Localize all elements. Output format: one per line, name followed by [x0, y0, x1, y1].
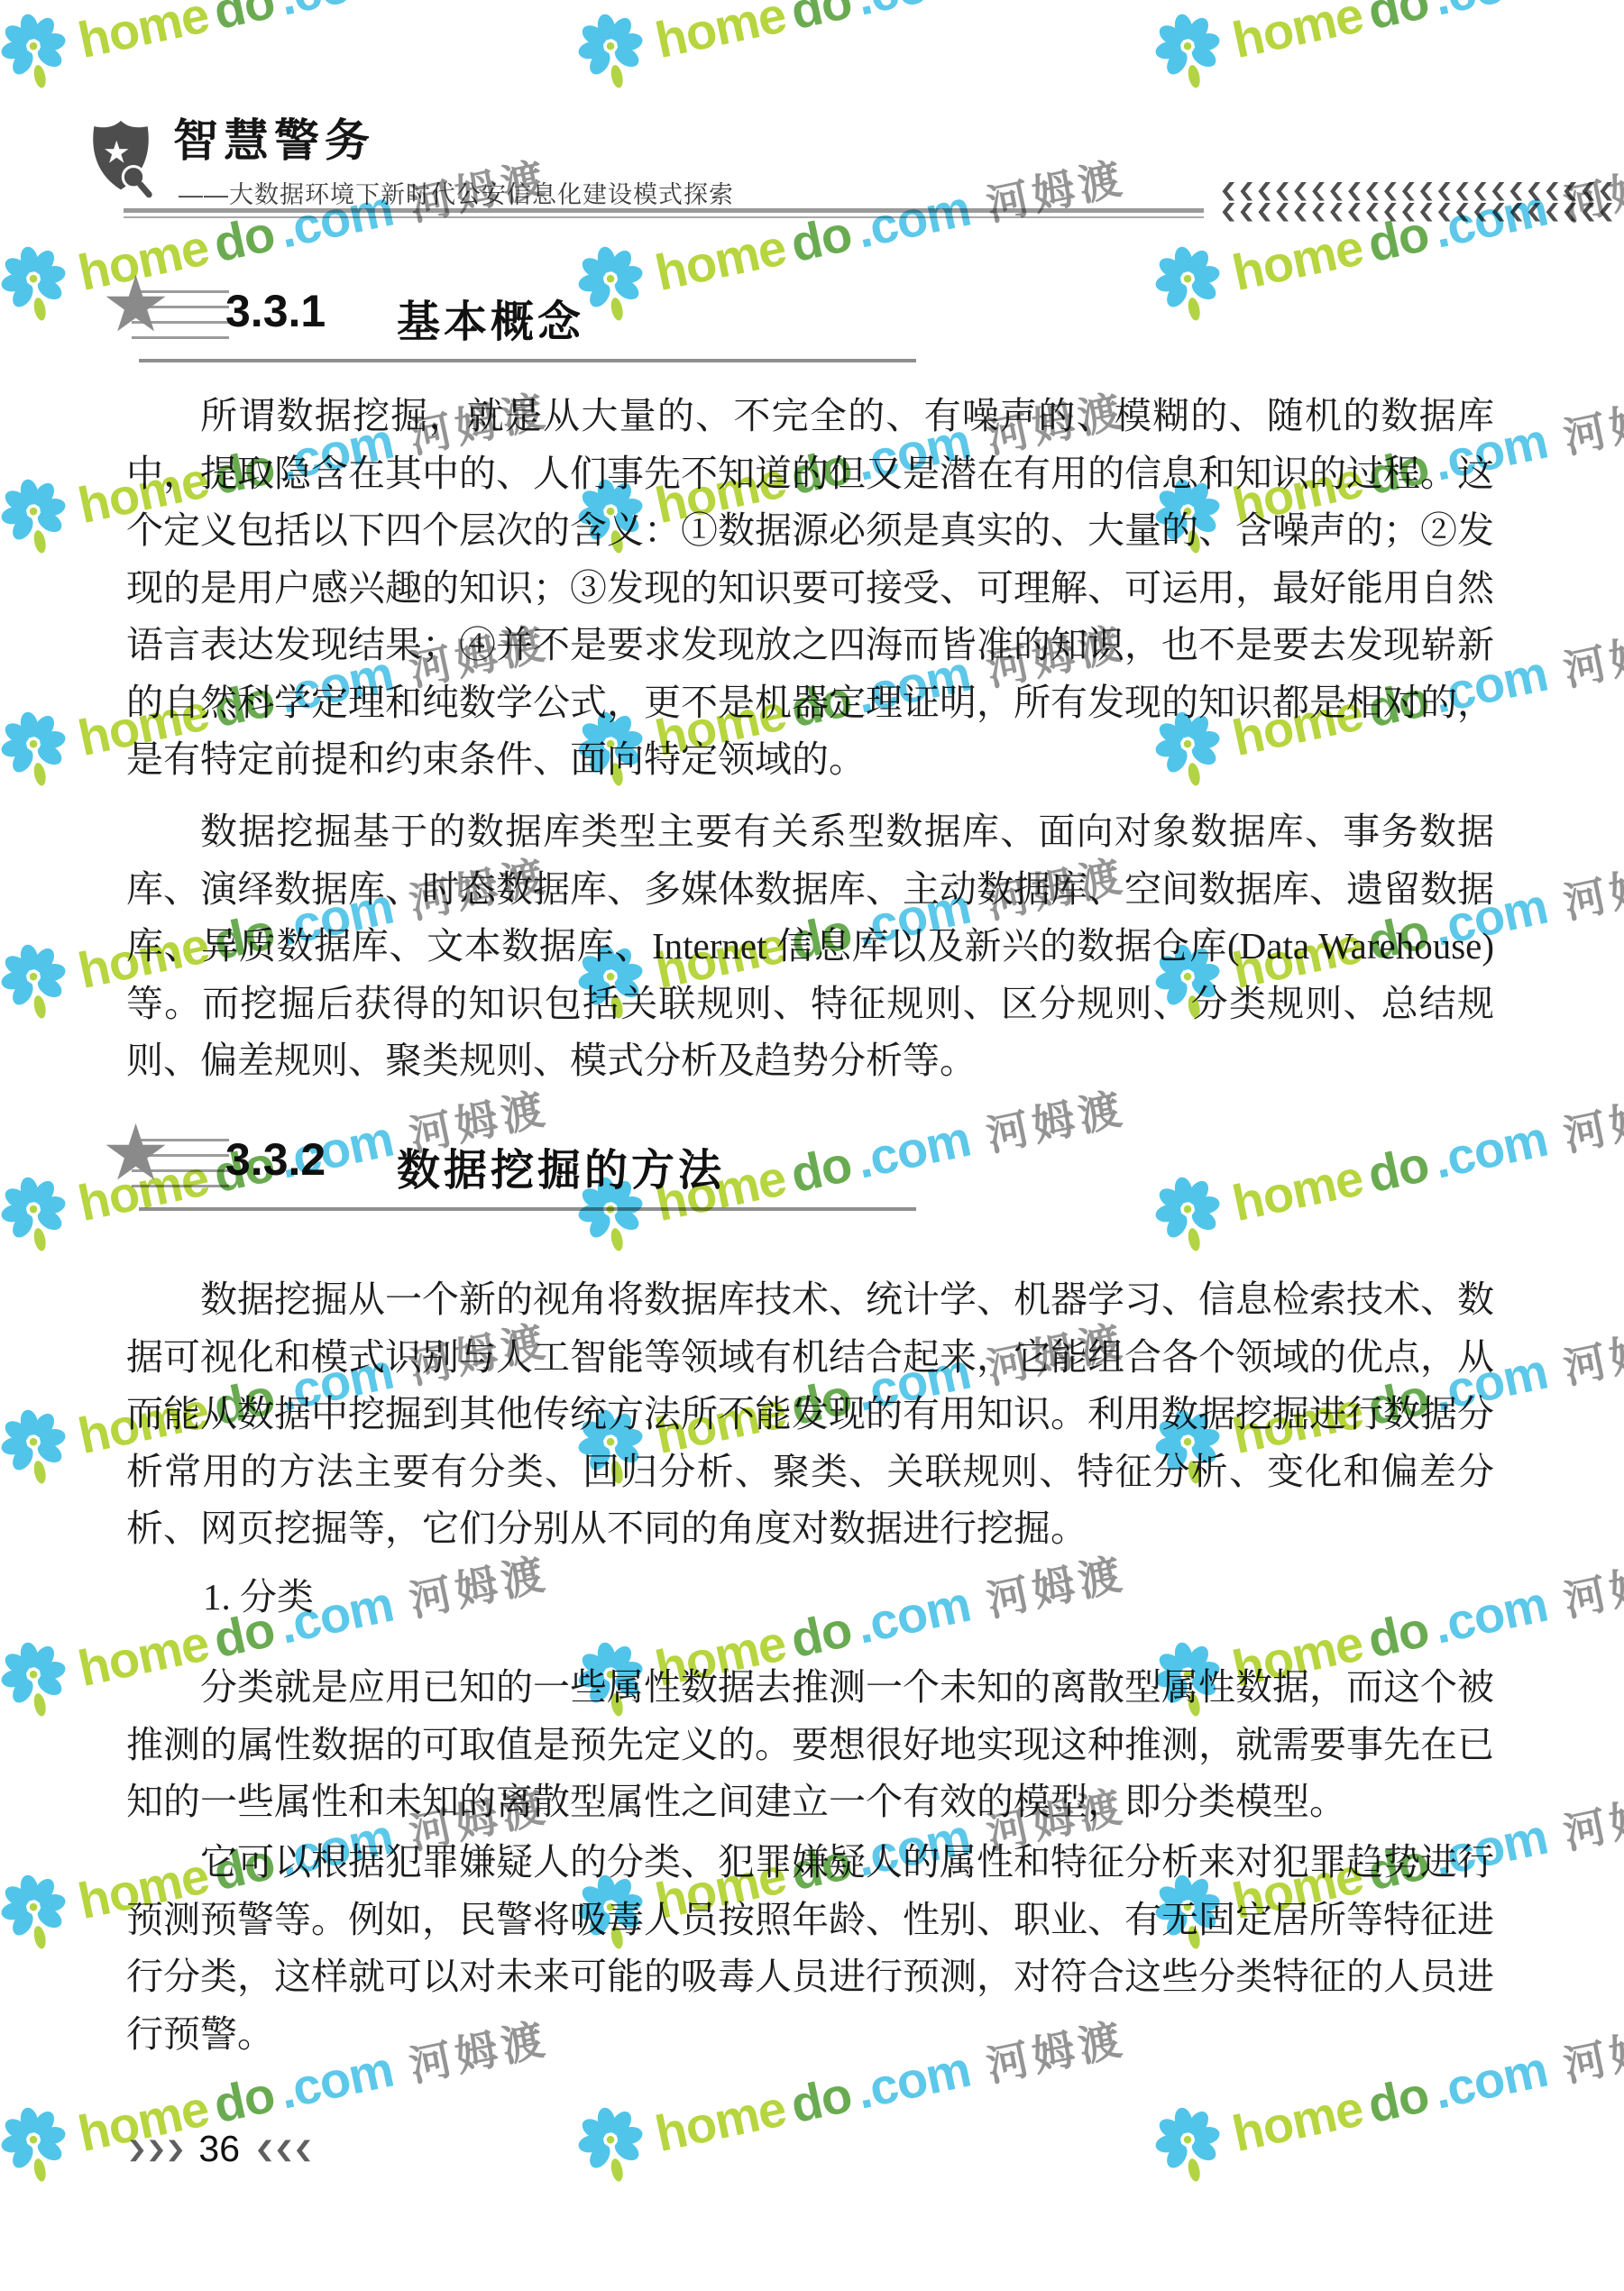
page-footer: ❯❯❯ 36 ❮❮❮	[126, 2128, 312, 2170]
series-title: 智慧警务	[173, 105, 375, 170]
svg-text:★: ★	[103, 135, 131, 171]
series-subtitle: ——大数据环境下新时代公安信息化建设模式探索	[179, 175, 734, 210]
header-chevrons-icon: ❮❮❮❮❮❮❮❮❮❮❮❮❮❮❮❮❮❮❮❮❮❮	[1219, 179, 1615, 201]
heading-number: 3.3.2	[225, 1133, 326, 1186]
star-icon: ★	[101, 1108, 170, 1198]
star-icon: ★	[101, 260, 170, 350]
footer-left-arrows-icon: ❯❯❯	[126, 2136, 184, 2161]
paragraph: 所谓数据挖掘，就是从大量的、不完全的、有噪声的、模糊的、随机的数据库中，提取隐含…	[126, 388, 1494, 789]
header-rule	[124, 208, 1204, 213]
header-rule-thin	[124, 216, 1204, 218]
heading-underline	[139, 359, 916, 362]
page-content: ★ 智慧警务 ——大数据环境下新时代公安信息化建设模式探索 ❮❮❮❮❮❮❮❮❮❮…	[0, 0, 1624, 2291]
heading-title: 数据挖掘的方法	[397, 1135, 725, 1197]
paragraph: 分类就是应用已知的一些属性数据去推测一个未知的离散型属性数据，而这个被推测的属性…	[126, 1659, 1494, 1831]
paragraph: 数据挖掘从一个新的视角将数据库技术、统计学、机器学习、信息检索技术、数据可视化和…	[126, 1271, 1494, 1558]
footer-right-arrows-icon: ❮❮❮	[254, 2136, 312, 2161]
scanned-book-page: ★ 智慧警务 ——大数据环境下新时代公安信息化建设模式探索 ❮❮❮❮❮❮❮❮❮❮…	[0, 0, 1624, 2291]
police-badge-logo-icon: ★	[86, 114, 156, 204]
subsection-label: 1. 分类	[203, 1567, 314, 1620]
heading-title: 基本概念	[397, 287, 584, 349]
footer-page-number: 36	[198, 2128, 240, 2170]
heading-number: 3.3.1	[225, 285, 326, 337]
section-heading-3-3-1: ★ 3.3.1 基本概念	[106, 272, 954, 362]
section-heading-3-3-2: ★ 3.3.2 数据挖掘的方法	[106, 1121, 954, 1211]
paragraph: 数据挖掘基于的数据库类型主要有关系型数据库、面向对象数据库、事务数据库、演绎数据…	[126, 803, 1494, 1090]
paragraph: 它可以根据犯罪嫌疑人的分类、犯罪嫌疑人的属性和特征分析来对犯罪趋势进行预测预警等…	[126, 1834, 1494, 2063]
header-chevrons-icon: ❮❮❮❮❮❮❮❮❮❮❮❮❮❮❮❮❮❮❮❮❮❮	[1219, 200, 1615, 222]
heading-underline	[139, 1207, 916, 1211]
